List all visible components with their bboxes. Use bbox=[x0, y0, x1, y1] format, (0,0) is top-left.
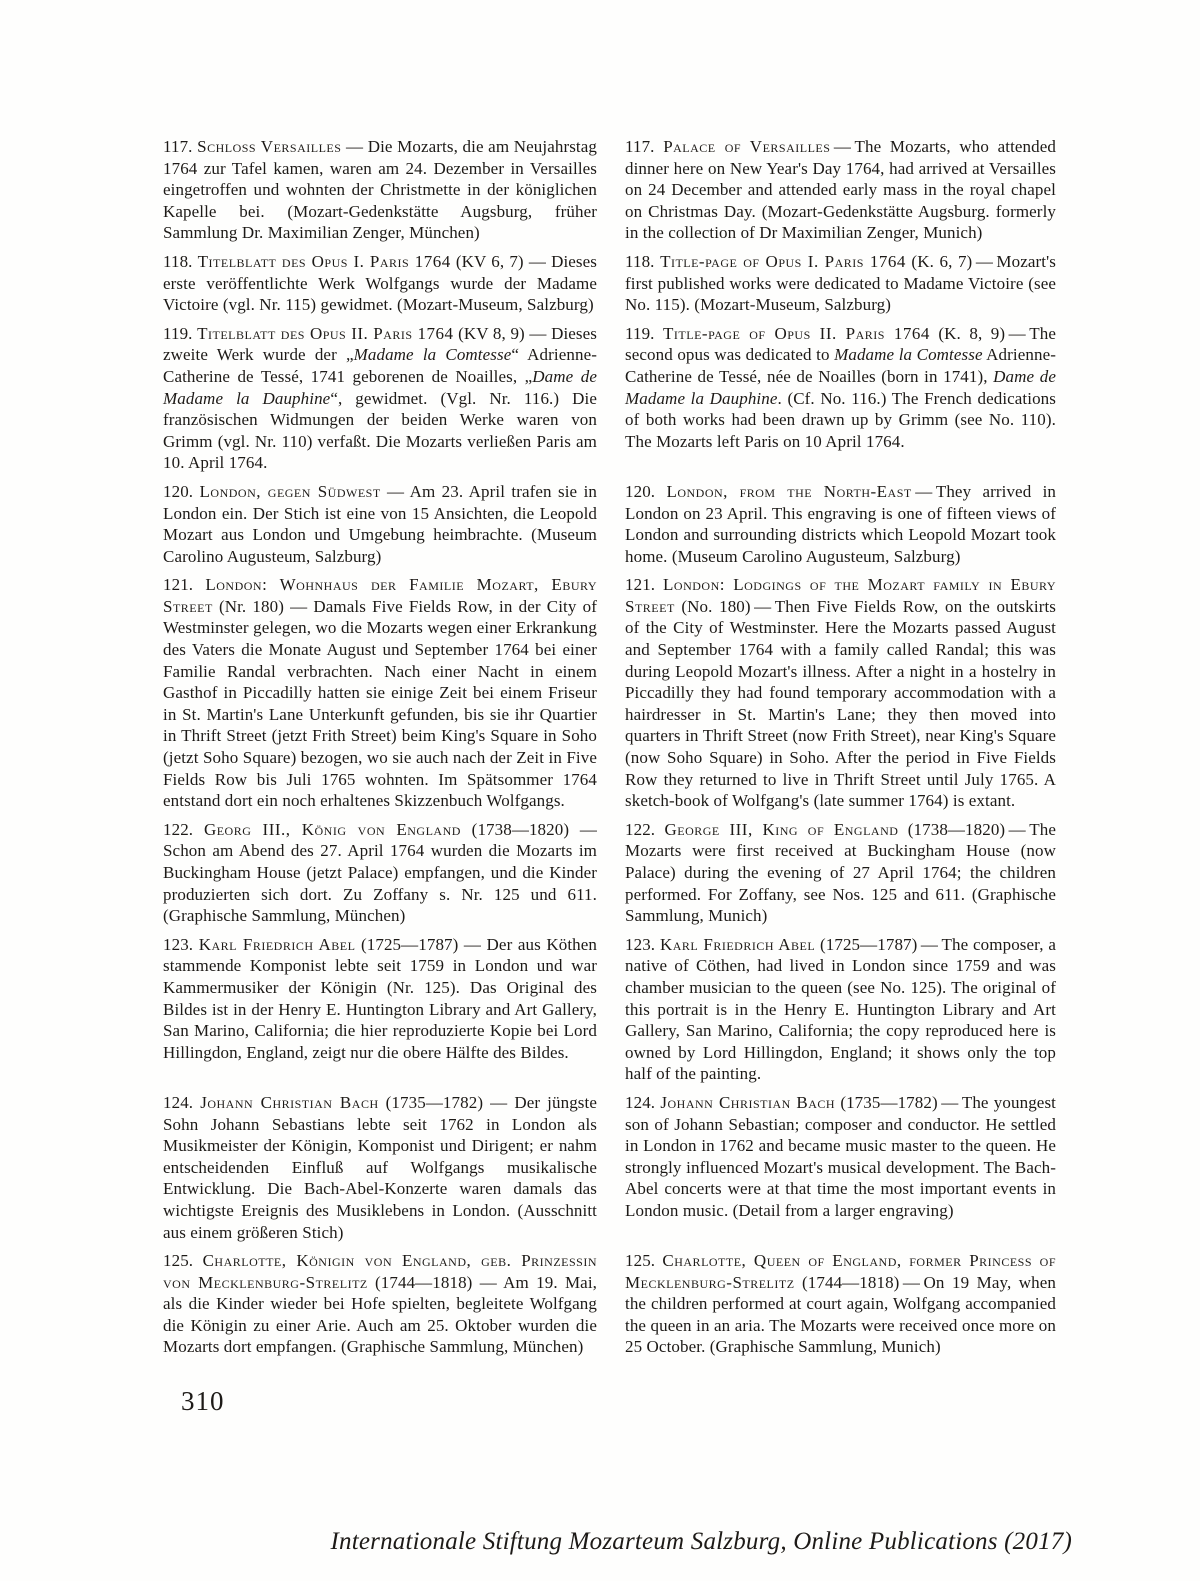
text-segment: George III, King of England bbox=[664, 820, 898, 839]
text-segment: Karl Friedrich Abel bbox=[199, 935, 356, 954]
text-segment: 125. bbox=[625, 1251, 662, 1270]
text-segment: Schloss Versailles bbox=[197, 137, 341, 156]
text-segment: (1735—1782) — Der jüngste Sohn Johann Se… bbox=[163, 1093, 597, 1242]
entry-124-english: 124. Johann Christian Bach (1735—1782) —… bbox=[625, 1092, 1056, 1222]
entry-118-english: 118. Title-page of Opus I. Paris 1764 (K… bbox=[625, 251, 1056, 316]
text-segment: Madame la Comtesse bbox=[354, 345, 512, 364]
text-segment: 124. bbox=[625, 1093, 660, 1112]
text-segment: 119. bbox=[625, 324, 663, 343]
text-segment: London, gegen Südwest bbox=[200, 482, 381, 501]
text-segment: 122. bbox=[625, 820, 664, 839]
entry-120-german: 120. London, gegen Südwest — Am 23. Apri… bbox=[163, 481, 597, 567]
entry-row-125: 125. Charlotte, Königin von England, geb… bbox=[163, 1250, 1058, 1358]
text-segment: 118. bbox=[163, 252, 198, 271]
entry-row-118: 118. Titelblatt des Opus I. Paris 1764 (… bbox=[163, 251, 1058, 316]
text-segment: 118. bbox=[625, 252, 660, 271]
text-segment: (1725—1787) — The composer, a native of … bbox=[625, 935, 1056, 1084]
entry-124-german: 124. Johann Christian Bach (1735—1782) —… bbox=[163, 1092, 597, 1243]
text-segment: 125. bbox=[163, 1251, 203, 1270]
entry-122-german: 122. Georg III., König von England (1738… bbox=[163, 819, 597, 927]
text-segment: Karl Friedrich Abel bbox=[660, 935, 815, 954]
text-segment: (No. 180) — Then Five Fields Row, on the… bbox=[625, 597, 1056, 810]
entry-122-english: 122. George III, King of England (1738—1… bbox=[625, 819, 1056, 927]
text-segment: Johann Christian Bach bbox=[200, 1093, 378, 1112]
text-segment: Titelblatt des Opus II. Paris 1764 bbox=[197, 324, 453, 343]
text-segment: 123. bbox=[625, 935, 660, 954]
text-segment: Madame la Comtesse bbox=[834, 345, 983, 364]
text-segment: 121. bbox=[163, 575, 205, 594]
entry-row-119: 119. Titelblatt des Opus II. Paris 1764 … bbox=[163, 323, 1058, 474]
text-segment: Title-page of Opus II. Paris 1764 bbox=[663, 324, 930, 343]
text-segment: (Nr. 180) — Damals Five Fields Row, in d… bbox=[163, 597, 597, 810]
entry-121-english: 121. London: Lodgings of the Mozart fami… bbox=[625, 574, 1056, 812]
entry-119-german: 119. Titelblatt des Opus II. Paris 1764 … bbox=[163, 323, 597, 474]
entry-125-german: 125. Charlotte, Königin von England, geb… bbox=[163, 1250, 597, 1358]
entry-123-german: 123. Karl Friedrich Abel (1725—1787) — D… bbox=[163, 934, 597, 1064]
text-segment: London, from the North-East bbox=[666, 482, 911, 501]
book-page: 117. Schloss Versailles — Die Mozarts, d… bbox=[0, 0, 1200, 1581]
entry-row-122: 122. Georg III., König von England (1738… bbox=[163, 819, 1058, 927]
text-segment: 119. bbox=[163, 324, 197, 343]
text-segment: 124. bbox=[163, 1093, 200, 1112]
text-segment: 122. bbox=[163, 820, 204, 839]
entry-125-english: 125. Charlotte, Queen of England, former… bbox=[625, 1250, 1056, 1358]
page-number: 310 bbox=[181, 1386, 225, 1417]
entry-123-english: 123. Karl Friedrich Abel (1725—1787) — T… bbox=[625, 934, 1056, 1085]
entry-row-124: 124. Johann Christian Bach (1735—1782) —… bbox=[163, 1092, 1058, 1243]
text-segment: 120. bbox=[625, 482, 666, 501]
text-segment: 117. bbox=[625, 137, 663, 156]
entry-120-english: 120. London, from the North-East — They … bbox=[625, 481, 1056, 567]
entry-118-german: 118. Titelblatt des Opus I. Paris 1764 (… bbox=[163, 251, 597, 316]
catalog-entries: 117. Schloss Versailles — Die Mozarts, d… bbox=[163, 136, 1058, 1365]
footer-publication-note: Internationale Stiftung Mozarteum Salzbu… bbox=[331, 1528, 1073, 1556]
entry-row-120: 120. London, gegen Südwest — Am 23. Apri… bbox=[163, 481, 1058, 567]
text-segment: Palace of Versailles bbox=[663, 137, 830, 156]
text-segment: 117. bbox=[163, 137, 197, 156]
entry-119-english: 119. Title-page of Opus II. Paris 1764 (… bbox=[625, 323, 1056, 453]
text-segment: 121. bbox=[625, 575, 663, 594]
text-segment: 123. bbox=[163, 935, 199, 954]
text-segment: Titelblatt des Opus I. Paris 1764 bbox=[198, 252, 451, 271]
entry-row-121: 121. London: Wohnhaus der Familie Mozart… bbox=[163, 574, 1058, 812]
text-segment: Title-page of Opus I. Paris 1764 bbox=[660, 252, 906, 271]
entry-121-german: 121. London: Wohnhaus der Familie Mozart… bbox=[163, 574, 597, 812]
entry-117-german: 117. Schloss Versailles — Die Mozarts, d… bbox=[163, 136, 597, 244]
text-segment: Georg III., König von England bbox=[204, 820, 461, 839]
text-segment: Johann Christian Bach bbox=[660, 1093, 835, 1112]
entry-row-123: 123. Karl Friedrich Abel (1725—1787) — D… bbox=[163, 934, 1058, 1085]
entry-row-117: 117. Schloss Versailles — Die Mozarts, d… bbox=[163, 136, 1058, 244]
text-segment: 120. bbox=[163, 482, 200, 501]
entry-117-english: 117. Palace of Versailles — The Mozarts,… bbox=[625, 136, 1056, 244]
